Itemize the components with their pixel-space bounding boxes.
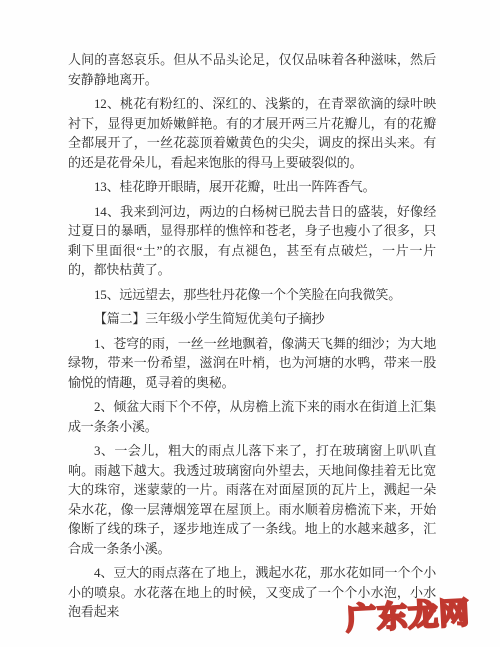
paragraph: 1、苍穹的雨，一丝一丝地飘着，像满天飞舞的细沙；为大地绿物，带来一份希望，滋润在… (68, 334, 436, 393)
paragraph: 人间的喜怒哀乐。但从不品头论足，仅仅品味着各种滋味，然后安静静地离开。 (68, 50, 436, 89)
paragraph: 【篇二】三年级小学生简短优美句子摘抄 (68, 309, 436, 329)
paragraph: 3、一会儿，粗大的雨点儿落下来了，打在玻璃窗上叭叭直响。雨越下越大。我透过玻璃窗… (68, 441, 436, 558)
paragraph: 12、桃花有粉红的、深红的、浅紫的，在青翠欲滴的绿叶映衬下，显得更加娇嫩鲜艳。有… (68, 94, 436, 172)
paragraph: 14、我来到河边，两边的白杨树已脱去昔日的盛装，好像经过夏日的暴晒，显得那样的憔… (68, 202, 436, 280)
paragraph: 15、远远望去，那些牡丹花像一个个笑脸在向我微笑。 (68, 285, 436, 305)
document-text-block: 人间的喜怒哀乐。但从不品头论足，仅仅品味着各种滋味，然后安静静地离开。12、桃花… (68, 50, 436, 627)
paragraph: 2、倾盆大雨下个不停，从房檐上流下来的雨水在街道上汇集成一条条小溪。 (68, 397, 436, 436)
paragraph: 13、桂花睁开眼睛，展开花瓣，吐出一阵阵香气。 (68, 177, 436, 197)
site-watermark: 广东龙网 (345, 588, 471, 638)
document-page: 人间的喜怒哀乐。但从不品头论足，仅仅品味着各种滋味，然后安静静地离开。12、桃花… (0, 0, 500, 647)
